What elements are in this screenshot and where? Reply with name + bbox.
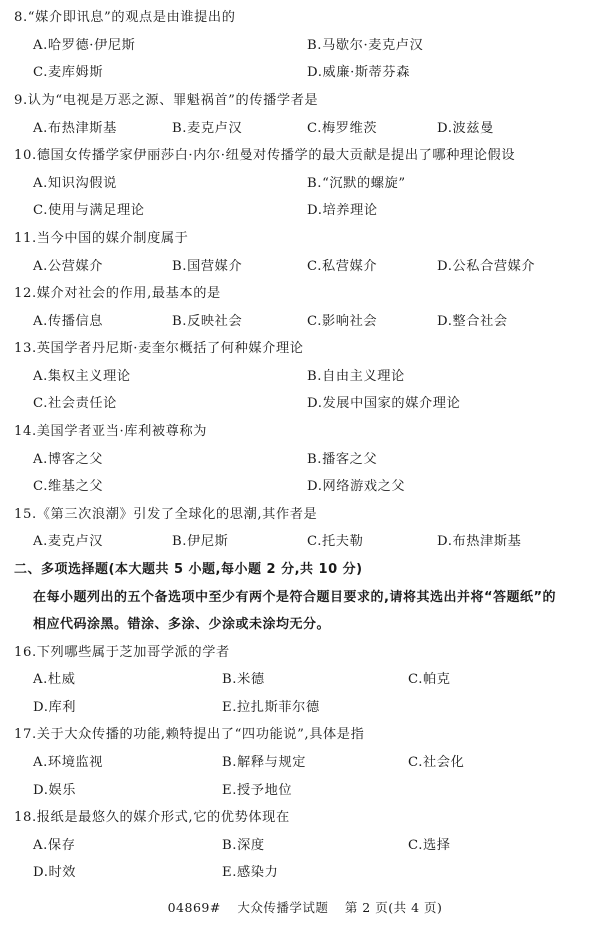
question-15-option-c: C.托夫勒 (307, 534, 363, 550)
question-12-option-c: C.影响社会 (307, 314, 377, 330)
question-17-option-d: D.娱乐 (33, 783, 76, 799)
question-8-option-d: D.威廉·斯蒂芬森 (307, 65, 410, 81)
question-12-option-d: D.整合社会 (437, 314, 508, 330)
question-11-option-c: C.私营媒介 (307, 259, 377, 275)
question-11-option-d: D.公私合营媒介 (437, 259, 535, 275)
question-16-stem: 16.下列哪些属于芝加哥学派的学者 (14, 645, 230, 661)
section-2-instruction-line-1: 在每小题列出的五个备选项中至少有两个是符合题目要求的,请将其选出并将“答题纸”的 (33, 590, 556, 606)
section-2-instruction-line-2: 相应代码涂黑。错涂、多涂、少涂或未涂均无分。 (33, 617, 330, 633)
question-11-option-a: A.公营媒介 (33, 259, 103, 275)
question-16-option-d: D.库利 (33, 700, 76, 716)
question-15-option-a: A.麦克卢汉 (33, 534, 103, 550)
question-16-option-b: B.米德 (222, 672, 265, 688)
question-14-stem: 14.美国学者亚当·库利被尊称为 (14, 424, 207, 440)
question-8-option-c: C.麦库姆斯 (33, 65, 103, 81)
question-18-option-b: B.深度 (222, 838, 265, 854)
page-number: 第 2 页(共 4 页) (345, 900, 443, 915)
question-17-option-b: B.解释与规定 (222, 755, 306, 771)
question-13-option-a: A.集权主义理论 (33, 369, 131, 385)
question-9-option-a: A.布热津斯基 (33, 121, 117, 137)
question-9-option-b: B.麦克卢汉 (172, 121, 242, 137)
question-16-option-e: E.拉扎斯菲尔德 (222, 700, 320, 716)
question-8-stem: 8.“媒介即讯息”的观点是由谁提出的 (14, 10, 236, 26)
question-12-option-a: A.传播信息 (33, 314, 103, 330)
question-15-stem: 15.《第三次浪潮》引发了全球化的思潮,其作者是 (14, 507, 317, 523)
question-17-option-a: A.环境监视 (33, 755, 103, 771)
question-12-option-b: B.反映社会 (172, 314, 242, 330)
question-11-option-b: B.国营媒介 (172, 259, 242, 275)
question-16-option-a: A.杜威 (33, 672, 76, 688)
question-11-stem: 11.当今中国的媒介制度属于 (14, 231, 188, 247)
question-17-stem: 17.关于大众传播的功能,赖特提出了“四功能说”,具体是指 (14, 727, 364, 743)
question-8-option-a: A.哈罗德·伊尼斯 (33, 38, 135, 54)
exam-title: 大众传播学试题 (237, 900, 328, 915)
question-9-option-d: D.波兹曼 (437, 121, 494, 137)
question-12-stem: 12.媒介对社会的作用,最基本的是 (14, 286, 221, 302)
question-10-option-d: D.培养理论 (307, 203, 378, 219)
question-18-stem: 18.报纸是最悠久的媒介形式,它的优势体现在 (14, 810, 290, 826)
page-footer: 04869# 大众传播学试题 第 2 页(共 4 页) (0, 898, 610, 916)
question-18-option-e: E.感染力 (222, 865, 278, 881)
question-10-option-a: A.知识沟假说 (33, 176, 117, 192)
question-18-option-a: A.保存 (33, 838, 76, 854)
question-13-option-b: B.自由主义理论 (307, 369, 405, 385)
question-17-option-c: C.社会化 (408, 755, 464, 771)
question-14-option-d: D.网络游戏之父 (307, 479, 405, 495)
question-9-option-c: C.梅罗维茨 (307, 121, 377, 137)
question-14-option-c: C.维基之父 (33, 479, 103, 495)
question-10-stem: 10.德国女传播学家伊丽莎白·内尔·纽曼对传播学的最大贡献是提出了哪种理论假设 (14, 148, 515, 164)
exam-code: 04869# (168, 900, 221, 915)
question-16-option-c: C.帕克 (408, 672, 451, 688)
question-13-option-c: C.社会责任论 (33, 396, 117, 412)
question-15-option-d: D.布热津斯基 (437, 534, 521, 550)
question-13-option-d: D.发展中国家的媒介理论 (307, 396, 460, 412)
question-18-option-d: D.时效 (33, 865, 76, 881)
question-18-option-c: C.选择 (408, 838, 451, 854)
question-10-option-b: B.“沉默的螺旋” (307, 176, 406, 192)
question-8-option-b: B.马歇尔·麦克卢汉 (307, 38, 423, 54)
question-15-option-b: B.伊尼斯 (172, 534, 228, 550)
question-14-option-a: A.博客之父 (33, 452, 103, 468)
question-9-stem: 9.认为“电视是万恶之源、罪魁祸首”的传播学者是 (14, 93, 318, 109)
question-17-option-e: E.授予地位 (222, 783, 292, 799)
question-13-stem: 13.英国学者丹尼斯·麦奎尔概括了何种媒介理论 (14, 341, 304, 357)
question-14-option-b: B.播客之父 (307, 452, 377, 468)
question-10-option-c: C.使用与满足理论 (33, 203, 145, 219)
section-2-heading: 二、多项选择题(本大题共 5 小题,每小题 2 分,共 10 分) (14, 562, 363, 578)
